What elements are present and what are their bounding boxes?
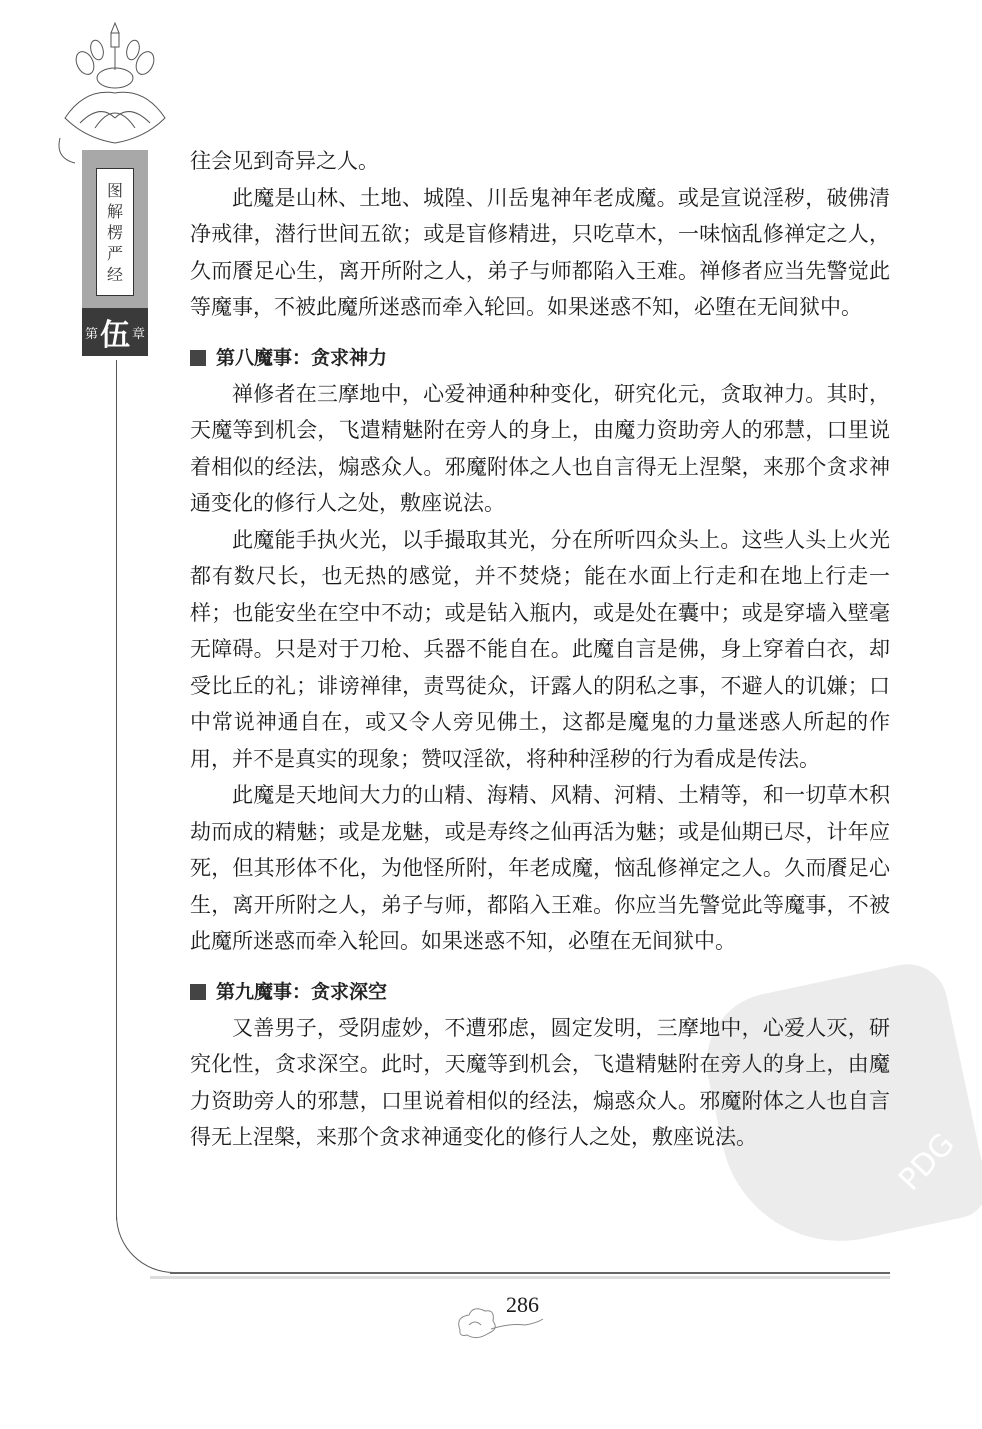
square-bullet-icon <box>190 984 206 1000</box>
book-title-char: 图 <box>107 180 123 201</box>
paragraph: 此魔是天地间大力的山精、海精、风精、河精、土精等，和一切草木积劫而成的精魅；或是… <box>190 777 890 960</box>
watermark-text: PDG <box>892 1127 962 1198</box>
chapter-suffix: 章 <box>132 323 145 342</box>
paragraph: 又善男子，受阴虚妙，不遭邪虑，圆定发明，三摩地中，心爱人灭，研究化性，贪求深空。… <box>190 1010 890 1156</box>
square-bullet-icon <box>190 350 206 366</box>
book-title-vertical: 图 解 楞 严 经 <box>96 168 134 296</box>
paragraph: 此魔是山林、土地、城隍、川岳鬼神年老成魔。或是宣说淫秽，破佛清净戒律，潜行世间五… <box>190 180 890 326</box>
paragraph: 往会见到奇异之人。 <box>190 143 890 180</box>
book-title-char: 经 <box>107 264 123 285</box>
section-heading: 第九魔事：贪求深空 <box>190 974 890 1010</box>
page-body: 往会见到奇异之人。 此魔是山林、土地、城隍、川岳鬼神年老成魔。或是宣说淫秽，破佛… <box>190 143 890 1156</box>
footer-rule <box>170 1272 890 1274</box>
chapter-number: 伍 <box>100 310 130 354</box>
book-title-char: 解 <box>107 201 123 222</box>
lotus-vajra-ornament-icon <box>55 18 175 168</box>
footer-rule-shadow <box>150 1276 890 1279</box>
paragraph: 此魔能手执火光，以手撮取其光，分在所听四众头上。这些人头上火光都有数尺长，也无热… <box>190 522 890 778</box>
cloud-ornament-icon <box>455 1305 545 1345</box>
section-heading-text: 第八魔事：贪求神力 <box>216 340 387 376</box>
chapter-prefix: 第 <box>85 323 98 342</box>
book-title-char: 楞 <box>107 222 123 243</box>
book-title-char: 严 <box>107 243 123 264</box>
chapter-label: 第 伍 章 <box>82 308 148 356</box>
section-heading-text: 第九魔事：贪求深空 <box>216 974 387 1010</box>
page-frame-corner <box>116 1200 177 1273</box>
section-heading: 第八魔事：贪求神力 <box>190 340 890 376</box>
paragraph: 禅修者在三摩地中，心爱神通种种变化，研究化元，贪取神力。其时，天魔等到机会，飞遣… <box>190 376 890 522</box>
page-frame-line <box>116 360 117 1220</box>
